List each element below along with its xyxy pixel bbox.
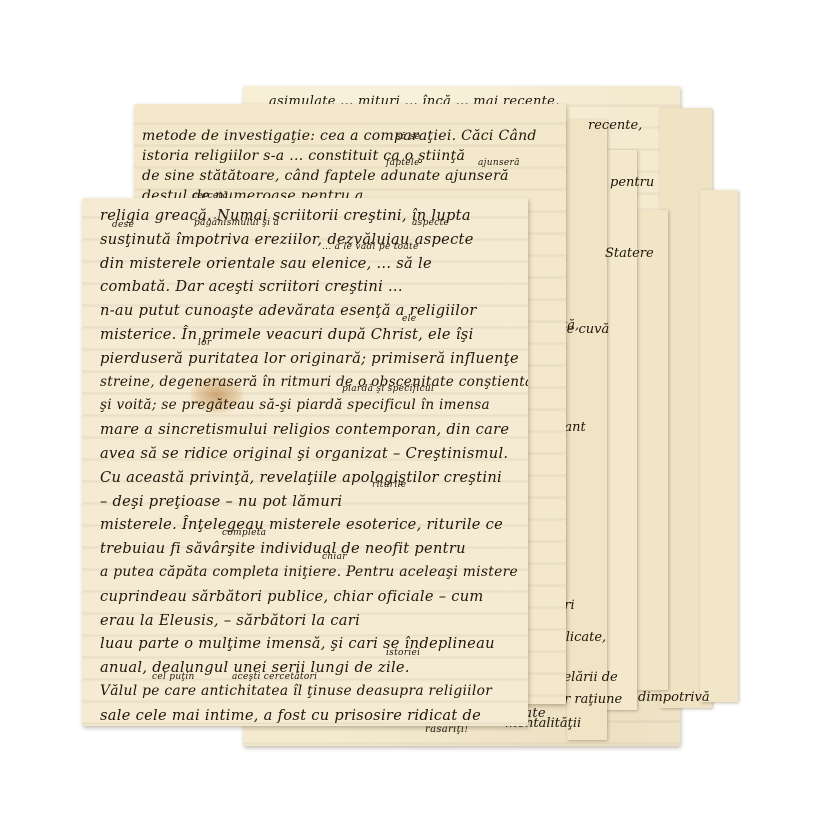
- insertion-note: riturile: [372, 480, 406, 490]
- text-line: susţinută împotriva ereziilor, dezvăluia…: [100, 228, 528, 252]
- text-line: streine, degeneraseră în ritmuri de o ob…: [100, 371, 528, 395]
- insertion-note: piardă şi specificul: [342, 384, 434, 394]
- text-line: metode de investigaţie: cea a comparaţie…: [142, 126, 537, 146]
- insertion-note: păgânismului şi a: [194, 218, 279, 228]
- text-line: de sine stătătoare, când faptele adunate…: [142, 166, 537, 186]
- insertion-note: completa: [222, 528, 266, 538]
- insertion-note: ele: [402, 314, 416, 324]
- text-line: mare a sincretismului religios contempor…: [100, 418, 528, 442]
- right-fragment: se cuvă: [560, 322, 609, 337]
- text-line: combată. Dar aceşti scriitori creştini .…: [100, 275, 528, 299]
- text-line: religia greacă. Numai scriitorii creştin…: [100, 204, 528, 228]
- insertion-note: dese: [112, 220, 134, 230]
- right-fragment: dimpotrivă: [638, 690, 710, 705]
- insertion-note: lor: [198, 338, 212, 348]
- manuscript-page-front: religia greacă. Numai scriitorii creştin…: [82, 198, 528, 726]
- text-line: Cu această privinţă, revelaţiile apologi…: [100, 466, 528, 490]
- right-fragment: recente,: [588, 118, 642, 133]
- page-front-text: religia greacă. Numai scriitorii creştin…: [100, 204, 528, 726]
- right-fragment: Statere: [605, 246, 654, 261]
- text-line: luau parte o mulţime imensă, şi cari se …: [100, 632, 528, 656]
- text-line: sale cele mai intime, a fost cu prisosir…: [100, 704, 528, 726]
- text-line: – deşi preţioase – nu pot lămuri: [100, 490, 528, 514]
- insertion-note: istoriei: [386, 648, 420, 658]
- insertion-note: să se: [396, 132, 420, 142]
- text-line: misterele. Înţelegeau misterele esoteric…: [100, 513, 528, 537]
- manuscript-page-right-2: [700, 190, 738, 702]
- text-line: a putea căpăta completa iniţiere. Pentru…: [100, 561, 528, 585]
- text-line: misterice. În primele veacuri după Chris…: [100, 323, 528, 347]
- text-line: erau la Eleusis, – sărbători la cari: [100, 609, 528, 633]
- insertion-note: aceşti cercetători: [232, 672, 317, 682]
- text-line: n-au putut cunoaşte adevărata esenţă a r…: [100, 299, 528, 323]
- right-fragment: pentru: [610, 175, 654, 190]
- text-line: pierduseră puritatea lor originară; prim…: [100, 347, 528, 371]
- text-line: cuprindeau sărbători publice, chiar ofic…: [100, 585, 528, 609]
- insertion-note: ajunseră: [478, 158, 520, 168]
- text-line: trebuiau fi săvârşite individual de neof…: [100, 537, 528, 561]
- insertion-note: faptele: [386, 158, 420, 168]
- text-line: din misterele orientale sau elenice, ...…: [100, 252, 528, 276]
- text-line: avea să se ridice original şi organizat …: [100, 442, 528, 466]
- insertion-note: chiar: [322, 552, 347, 562]
- text-line: şi voită; se pregăteau să-şi piardă spec…: [100, 394, 528, 418]
- insertion-note: ... a le vădi pe toate: [322, 242, 419, 252]
- insertion-note: cel puţin: [152, 672, 195, 682]
- text-line: Vălul pe care antichitatea îl ţinuse dea…: [100, 680, 528, 704]
- insertion-note: aspecte: [412, 218, 449, 228]
